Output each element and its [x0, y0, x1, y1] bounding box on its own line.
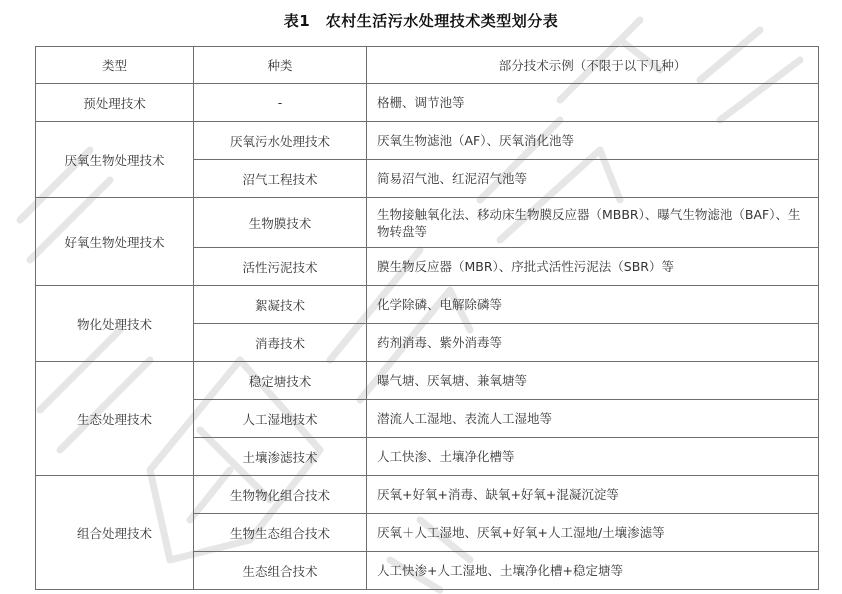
kind-cell: -: [194, 84, 367, 122]
examples-cell: 人工快渗、土壤净化槽等: [367, 438, 819, 476]
table-title: 表1 农村生活污水处理技术类型划分表: [0, 10, 842, 31]
technology-classification-table: 类型 种类 部分技术示例（不限于以下几种） 预处理技术 - 格栅、调节池等 厌氧…: [35, 46, 819, 590]
type-cell: 生态处理技术: [36, 362, 194, 476]
examples-cell: 膜生物反应器（MBR）、序批式活性污泥法（SBR）等: [367, 248, 819, 286]
header-examples: 部分技术示例（不限于以下几种）: [367, 47, 819, 84]
kind-cell: 消毒技术: [194, 324, 367, 362]
kind-cell: 生物物化组合技术: [194, 476, 367, 514]
kind-cell: 絮凝技术: [194, 286, 367, 324]
table-row: 厌氧生物处理技术 厌氧污水处理技术 厌氧生物滤池（AF）、厌氧消化池等: [36, 122, 819, 160]
kind-cell: 土壤渗滤技术: [194, 438, 367, 476]
kind-cell: 生物生态组合技术: [194, 514, 367, 552]
header-type: 类型: [36, 47, 194, 84]
examples-cell: 厌氧+好氧+消毒、缺氧+好氧+混凝沉淀等: [367, 476, 819, 514]
examples-cell: 简易沼气池、红泥沼气池等: [367, 160, 819, 198]
kind-cell: 生物膜技术: [194, 198, 367, 248]
type-cell: 物化处理技术: [36, 286, 194, 362]
examples-cell: 潜流人工湿地、表流人工湿地等: [367, 400, 819, 438]
kind-cell: 沼气工程技术: [194, 160, 367, 198]
type-cell: 好氧生物处理技术: [36, 198, 194, 286]
kind-cell: 厌氧污水处理技术: [194, 122, 367, 160]
kind-cell: 生态组合技术: [194, 552, 367, 590]
table-row: 好氧生物处理技术 生物膜技术 生物接触氧化法、移动床生物膜反应器（MBBR）、曝…: [36, 198, 819, 248]
table-row: 物化处理技术 絮凝技术 化学除磷、电解除磷等: [36, 286, 819, 324]
kind-cell: 稳定塘技术: [194, 362, 367, 400]
examples-cell: 化学除磷、电解除磷等: [367, 286, 819, 324]
examples-cell: 曝气塘、厌氧塘、兼氧塘等: [367, 362, 819, 400]
kind-cell: 人工湿地技术: [194, 400, 367, 438]
type-cell: 预处理技术: [36, 84, 194, 122]
header-kind: 种类: [194, 47, 367, 84]
kind-cell: 活性污泥技术: [194, 248, 367, 286]
type-cell: 厌氧生物处理技术: [36, 122, 194, 198]
examples-cell: 人工快渗+人工湿地、土壤净化槽+稳定塘等: [367, 552, 819, 590]
examples-cell: 厌氧生物滤池（AF）、厌氧消化池等: [367, 122, 819, 160]
table-row: 生态处理技术 稳定塘技术 曝气塘、厌氧塘、兼氧塘等: [36, 362, 819, 400]
examples-cell: 生物接触氧化法、移动床生物膜反应器（MBBR）、曝气生物滤池（BAF）、生物转盘…: [367, 198, 819, 248]
header-row: 类型 种类 部分技术示例（不限于以下几种）: [36, 47, 819, 84]
examples-cell: 厌氧＋人工湿地、厌氧+好氧+人工湿地/土壤渗滤等: [367, 514, 819, 552]
table-row: 预处理技术 - 格栅、调节池等: [36, 84, 819, 122]
table-row: 组合处理技术 生物物化组合技术 厌氧+好氧+消毒、缺氧+好氧+混凝沉淀等: [36, 476, 819, 514]
examples-cell: 药剂消毒、紫外消毒等: [367, 324, 819, 362]
type-cell: 组合处理技术: [36, 476, 194, 590]
examples-cell: 格栅、调节池等: [367, 84, 819, 122]
